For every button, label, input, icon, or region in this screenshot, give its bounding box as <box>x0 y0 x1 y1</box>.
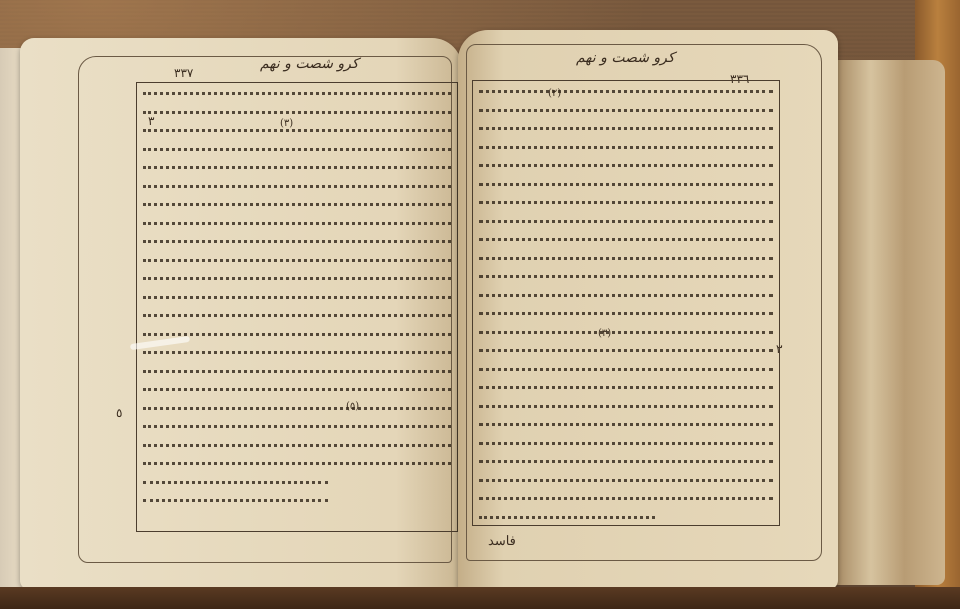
text-line <box>479 118 773 137</box>
text-line <box>479 303 773 322</box>
text-line <box>479 414 773 433</box>
text-line <box>479 81 773 100</box>
text-line <box>479 211 773 230</box>
text-line <box>143 435 451 454</box>
left-text-block <box>136 82 458 532</box>
wooden-case-bottom <box>0 587 960 609</box>
text-line <box>479 433 773 452</box>
text-line <box>143 416 451 435</box>
text-line <box>143 157 451 176</box>
left-page: کرو شصت و نهم ٣٣٧ ٣ ٥ (٣) (٥) <box>20 38 462 590</box>
right-inline-note-2: (٣) <box>598 328 611 339</box>
text-line <box>143 490 451 509</box>
text-line <box>479 488 773 507</box>
text-line <box>479 396 773 415</box>
text-line <box>143 120 451 139</box>
text-line <box>479 248 773 267</box>
text-line <box>479 470 773 489</box>
right-inline-note-1: (٢) <box>548 88 561 99</box>
text-line <box>143 453 451 472</box>
text-line <box>479 322 773 341</box>
text-line <box>143 379 451 398</box>
text-line <box>143 139 451 158</box>
text-line <box>479 285 773 304</box>
text-line <box>479 174 773 193</box>
text-line <box>143 268 451 287</box>
text-line <box>479 451 773 470</box>
text-line <box>143 472 451 491</box>
right-text-block <box>472 80 780 526</box>
text-line <box>143 305 451 324</box>
right-running-head: کرو شصت و نهم <box>576 50 675 66</box>
text-line <box>479 507 773 526</box>
catchword: فاسد <box>488 534 516 549</box>
text-line <box>143 361 451 380</box>
text-line <box>143 342 451 361</box>
left-page-number: ٣٣٧ <box>174 66 193 80</box>
right-page: کرو شصت و نهم ٣٣٦ ٣ (٢) (٣) فاسد <box>458 30 838 590</box>
text-line <box>479 192 773 211</box>
left-margin-mark-2: ٥ <box>116 406 122 420</box>
text-line <box>479 359 773 378</box>
text-line <box>143 194 451 213</box>
text-line <box>479 377 773 396</box>
text-line <box>479 155 773 174</box>
text-line <box>143 398 451 417</box>
text-line <box>143 176 451 195</box>
left-inline-note-2: (٥) <box>346 401 359 412</box>
text-line <box>143 250 451 269</box>
text-line <box>479 100 773 119</box>
text-line <box>479 229 773 248</box>
left-running-head: کرو شصت و نهم <box>260 56 359 72</box>
text-line <box>479 340 773 359</box>
text-line <box>143 231 451 250</box>
text-line <box>143 83 451 102</box>
text-line <box>143 287 451 306</box>
text-line <box>143 102 451 121</box>
text-line <box>479 266 773 285</box>
text-line <box>143 213 451 232</box>
text-line <box>479 137 773 156</box>
left-inline-note-1: (٣) <box>280 118 293 129</box>
